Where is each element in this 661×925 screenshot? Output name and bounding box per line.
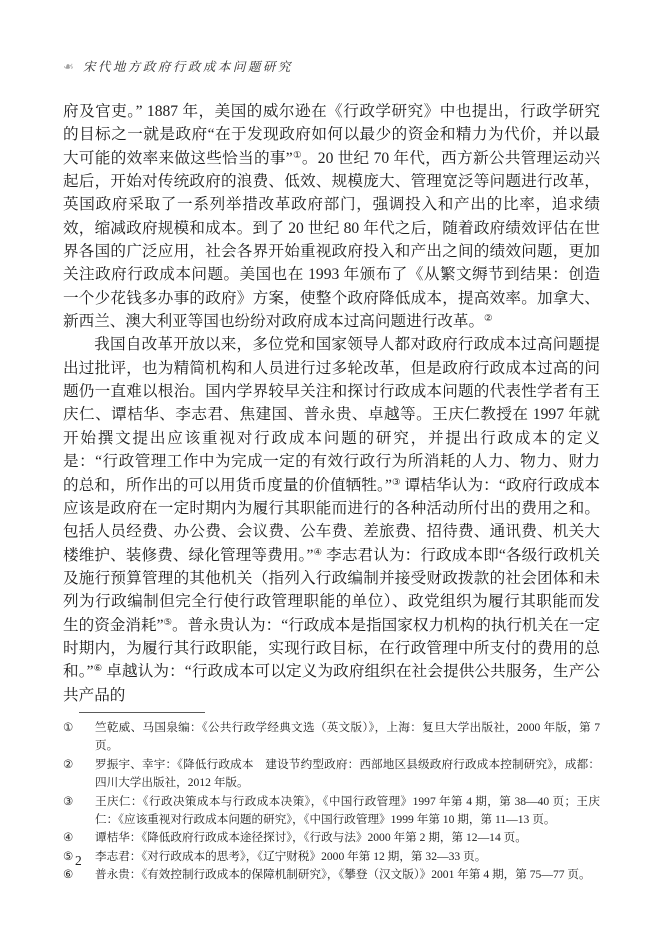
footnote-ref-1: ① xyxy=(293,151,302,161)
footnote-item: ②罗振宇、幸宇：《降低行政成本 建设节约型政府：西部地区县级政府行政成本控制研究… xyxy=(63,756,600,793)
paragraph-text: 我国自改革开放以来，多位党和国家领导人都对政府行政成本过高问题提出过批评，也为精… xyxy=(63,336,600,493)
footnote-marker: ⑥ xyxy=(63,866,73,884)
document-page: ❧宋代地方政府行政成本问题研究 府及官吏。” 1887 年，美国的威尔逊在《行政… xyxy=(0,0,661,925)
footnote-marker: ④ xyxy=(63,829,73,847)
paragraph-text: 。20 世纪 70 年代，西方新公共管理运动兴起后，开始对传统政府的浪费、低效、… xyxy=(63,150,600,330)
footnote-text: 李志君：《对行政成本的思考》，《辽宁财税》2000 年第 12 期，第 32—3… xyxy=(95,850,486,863)
page-number: 2 xyxy=(75,853,82,869)
header-ornament-icon: ❧ xyxy=(63,59,74,75)
running-header: ❧宋代地方政府行政成本问题研究 xyxy=(63,57,600,75)
footnote-ref-6: ⑥ xyxy=(94,664,103,674)
footnote-text: 罗振宇、幸宇：《降低行政成本 建设节约型政府：西部地区县级政府行政成本控制研究》… xyxy=(95,758,600,789)
footnote-item: ⑥普永贵：《有效控制行政成本的保障机制研究》，《攀登（汉文版）》2001 年第 … xyxy=(63,866,600,884)
footnote-marker: ① xyxy=(63,719,73,737)
footnote-separator xyxy=(79,712,205,713)
footnote-ref-5: ⑤ xyxy=(164,618,173,628)
footnote-item: ③王庆仁：《行政决策成本与行政成本决策》，《中国行政管理》1997 年第 4 期… xyxy=(63,793,600,830)
page-title: 宋代地方政府行政成本问题研究 xyxy=(83,60,293,74)
footnote-text: 竺乾威、马国泉编：《公共行政学经典文选（英文版）》，上海：复旦大学出版社，200… xyxy=(95,721,600,752)
footnote-ref-4: ④ xyxy=(313,548,322,558)
footnote-text: 普永贵：《有效控制行政成本的保障机制研究》，《攀登（汉文版）》2001 年第 4… xyxy=(95,868,591,881)
footnote-item: ④谭桔华：《降低政府行政成本途径探讨》，《行政与法》2000 年第 2 期，第 … xyxy=(63,829,600,847)
footnote-ref-3: ③ xyxy=(392,478,401,488)
footnote-ref-2: ② xyxy=(484,314,493,324)
footnote-text: 谭桔华：《降低政府行政成本途径探讨》，《行政与法》2000 年第 2 期，第 1… xyxy=(95,831,527,844)
body-paragraph-2: 我国自改革开放以来，多位党和国家领导人都对政府行政成本过高问题提出过批评，也为精… xyxy=(63,333,600,707)
footnote-marker: ② xyxy=(63,756,73,774)
footnotes-section: ①竺乾威、马国泉编：《公共行政学经典文选（英文版）》，上海：复旦大学出版社，20… xyxy=(63,719,600,885)
paragraph-text: 卓越认为：“行政成本可以定义为政府组织在社会提供公共服务，生产公共产品的 xyxy=(63,663,600,703)
body-text: 府及官吏。” 1887 年，美国的威尔逊在《行政学研究》中也提出，行政学研究的目… xyxy=(63,100,600,707)
footnote-text: 王庆仁：《行政决策成本与行政成本决策》，《中国行政管理》1997 年第 4 期，… xyxy=(95,795,600,826)
footnote-item: ①竺乾威、马国泉编：《公共行政学经典文选（英文版）》，上海：复旦大学出版社，20… xyxy=(63,719,600,756)
footnote-marker: ⑤ xyxy=(63,848,73,866)
footnote-marker: ③ xyxy=(63,793,73,811)
body-paragraph-1: 府及官吏。” 1887 年，美国的威尔逊在《行政学研究》中也提出，行政学研究的目… xyxy=(63,100,600,333)
footnote-item: ⑤李志君：《对行政成本的思考》，《辽宁财税》2000 年第 12 期，第 32—… xyxy=(63,848,600,866)
